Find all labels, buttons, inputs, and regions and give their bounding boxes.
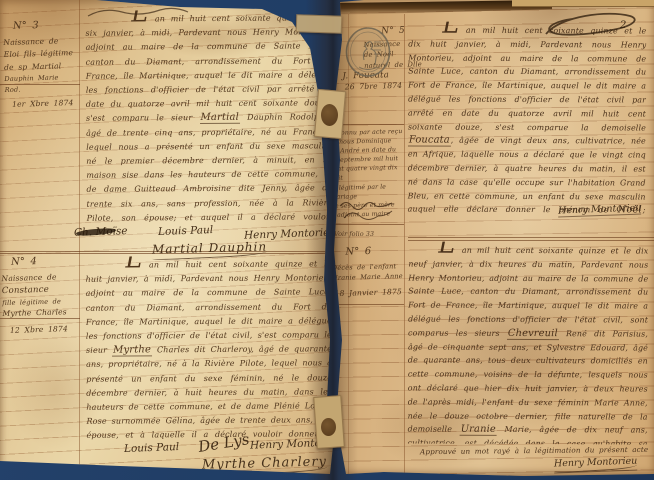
illegible-signature-scribble xyxy=(336,198,400,226)
margin-note-line: Eloi fils légitime xyxy=(4,47,78,62)
folio-reference-note: Voir folio 33 xyxy=(334,230,374,238)
margin-note-line: Myrthe Charles xyxy=(2,306,78,321)
approval-annotation: Approuvé un mot rayé à la légitimation d… xyxy=(420,445,648,456)
signature-witness: Louis Paul xyxy=(158,224,214,238)
signature-witness: Louis Paul xyxy=(124,441,180,455)
act-separator-line xyxy=(408,240,654,241)
scanned-register-photograph: N° 3 Naissance de Eloi fils légitime de … xyxy=(0,0,654,480)
act-6-body-text: L'an mil huit cent soixante quinze et le… xyxy=(408,241,649,444)
act-number: N° 6 xyxy=(345,245,405,259)
under-sheet-edge xyxy=(512,0,654,7)
margin-note-line: Dauphin Marie Rod. xyxy=(4,72,79,95)
act-number: N° 3 xyxy=(13,19,77,33)
margin-note-date: 12 Xbre 1874 xyxy=(10,323,79,338)
register-right-page: 2 N° 5 Naissance de Noël naturel de Dlle… xyxy=(324,0,654,478)
paper-repair-tape xyxy=(296,14,343,34)
margin-note-date: 1er Xbre 1874 xyxy=(12,97,79,111)
margin-separator xyxy=(326,304,404,305)
pen-flourish-icon xyxy=(542,8,644,44)
signature-declarant: Myrthe Charlery xyxy=(202,454,327,475)
pen-flourish-icon xyxy=(86,4,196,22)
act-4-body-text: L'an mil huit cent soixante quinze et le… xyxy=(85,255,332,442)
signature-officer: Henry Montorieu xyxy=(554,456,638,474)
margin-note-date: 18 Janvier 1875 xyxy=(334,286,406,301)
margin-note-line: Uranie Marie Anne xyxy=(332,271,406,284)
binding-glue-blob xyxy=(321,418,336,436)
binding-glue-blob xyxy=(321,104,338,126)
revenue-stamp-icon xyxy=(344,26,392,78)
register-left-page: N° 3 Naissance de Eloi fils légitime de … xyxy=(0,0,340,478)
margin-note-act-4: N° 4 Naissance de Constance fille légiti… xyxy=(1,255,79,338)
act-3-body-text: L'an mil huit cent soixante quinze et le… xyxy=(85,9,332,226)
margin-note-act-3: N° 3 Naissance de Eloi fils légitime de … xyxy=(3,19,80,112)
margin-note-act-6: N° 6 Décès de l'enfant Uranie Marie Anne… xyxy=(331,245,406,300)
act-separator-line xyxy=(408,237,654,238)
act-5-body-text: L'an mil huit cent soixante quinze et le… xyxy=(408,21,647,214)
signature-officer: Henry Montorieu xyxy=(558,203,642,218)
act-number: N° 4 xyxy=(11,255,77,269)
mention-line: cent quatre vingt dix huit xyxy=(330,163,404,183)
